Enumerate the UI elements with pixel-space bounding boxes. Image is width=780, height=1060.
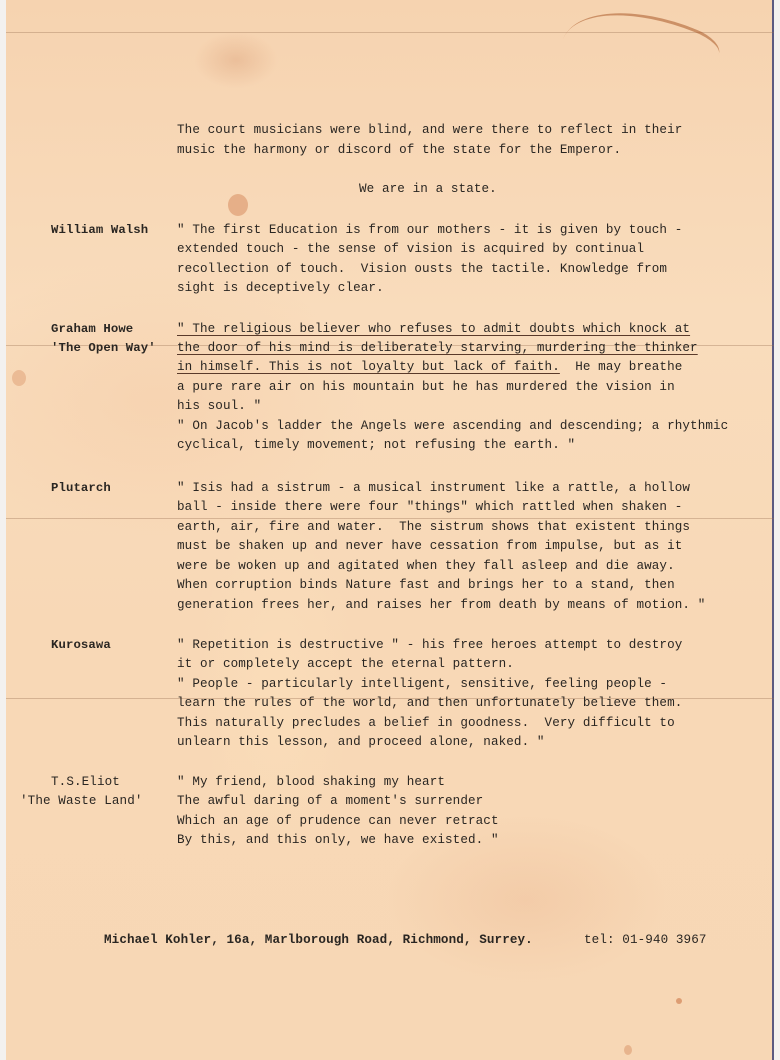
author-work: 'The Open Way'	[51, 339, 156, 358]
author-name: Kurosawa	[51, 636, 111, 655]
quote-line: Which an age of prudence can never retra…	[177, 812, 499, 831]
quote-line: generation frees her, and raises her fro…	[177, 596, 705, 615]
quote-line: " People - particularly intelligent, sen…	[177, 675, 667, 694]
quote-line: " My friend, blood shaking my heart	[177, 773, 445, 792]
quote-line-underlined: " The religious believer who refuses to …	[177, 320, 690, 339]
stain-streak	[558, 0, 724, 108]
centered-statement: We are in a state.	[359, 180, 497, 199]
quote-line: unlearn this lesson, and proceed alone, …	[177, 733, 545, 752]
quote-line: When corruption binds Nature fast and br…	[177, 576, 675, 595]
intro-line: music the harmony or discord of the stat…	[177, 141, 621, 160]
quote-line: learn the rules of the world, and then u…	[177, 694, 682, 713]
quote-line: " Isis had a sistrum - a musical instrum…	[177, 479, 690, 498]
quote-line: This naturally precludes a belief in goo…	[177, 714, 675, 733]
stain	[676, 998, 682, 1004]
footer-address: Michael Kohler, 16a, Marlborough Road, R…	[104, 931, 533, 950]
author-name: William Walsh	[51, 221, 148, 240]
quote-line: " Repetition is destructive " - his free…	[177, 636, 682, 655]
author-work: 'The Waste Land'	[20, 792, 143, 811]
quote-line: extended touch - the sense of vision is …	[177, 240, 644, 259]
quote-line: were be woken up and agitated when they …	[177, 557, 675, 576]
quote-line-underlined: the door of his mind is deliberately sta…	[177, 339, 698, 358]
intro-line: The court musicians were blind, and were…	[177, 121, 682, 140]
quote-line: cyclical, timely movement; not refusing …	[177, 436, 575, 455]
quote-line: sight is deceptively clear.	[177, 279, 384, 298]
quote-line: earth, air, fire and water. The sistrum …	[177, 518, 690, 537]
quote-line: ball - inside there were four "things" w…	[177, 498, 682, 517]
stain	[228, 194, 248, 216]
author-name: T.S.Eliot	[51, 773, 120, 792]
stain	[12, 370, 26, 386]
quote-line: must be shaken up and never have cessati…	[177, 537, 682, 556]
quote-line: The awful daring of a moment's surrender	[177, 792, 483, 811]
quote-line: recollection of touch. Vision ousts the …	[177, 260, 667, 279]
quote-line: his soul. "	[177, 397, 261, 416]
footer-telephone: tel: 01-940 3967	[584, 931, 707, 950]
stain	[624, 1045, 632, 1055]
quote-text: He may breathe	[560, 360, 683, 374]
quote-line: By this, and this only, we have existed.…	[177, 831, 499, 850]
quote-line: it or completely accept the eternal patt…	[177, 655, 514, 674]
quote-line: in himself. This is not loyalty but lack…	[177, 358, 682, 377]
author-name: Graham Howe	[51, 320, 133, 339]
underlined-text: in himself. This is not loyalty but lack…	[177, 360, 560, 374]
quote-line: a pure rare air on his mountain but he h…	[177, 378, 675, 397]
quote-line: " On Jacob's ladder the Angels were asce…	[177, 417, 728, 436]
author-name: Plutarch	[51, 479, 111, 498]
quote-line: " The first Education is from our mother…	[177, 221, 682, 240]
